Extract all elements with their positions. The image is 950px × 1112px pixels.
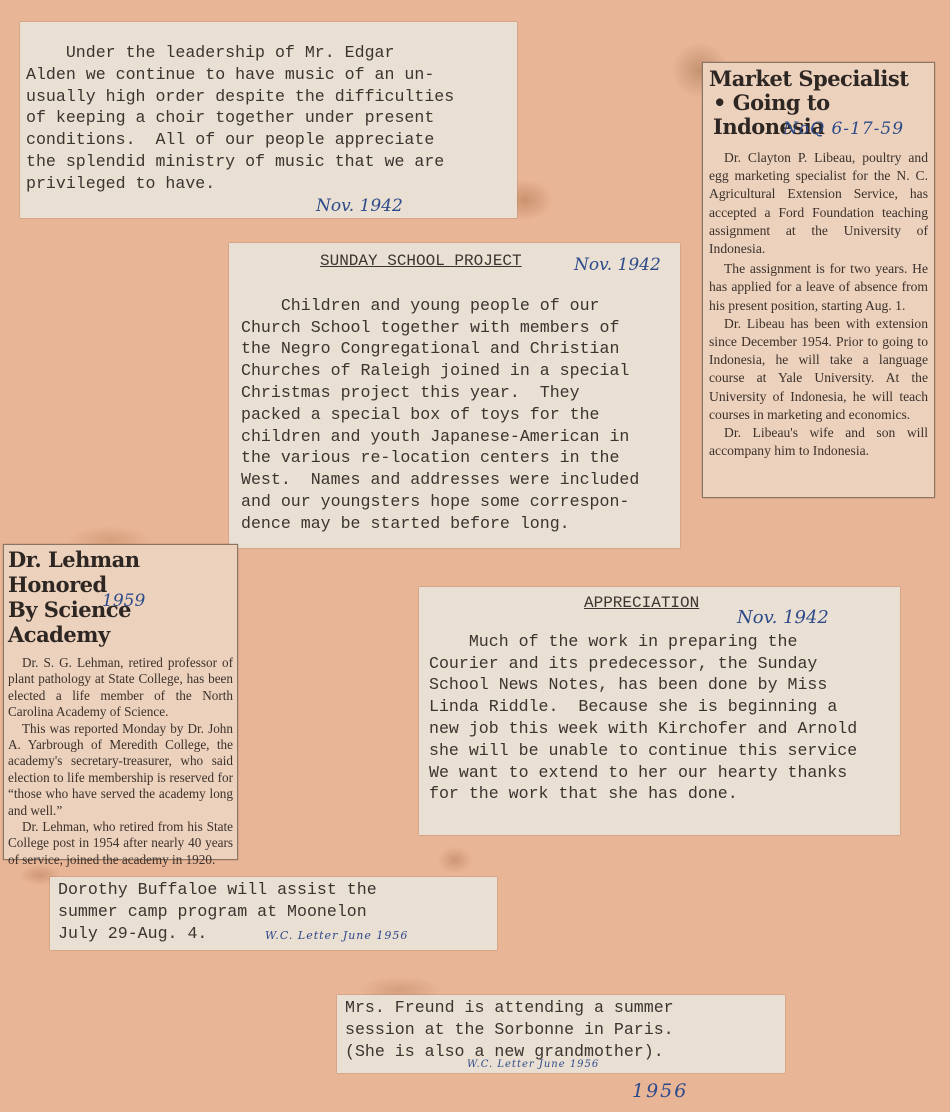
- headline: Market Specialist: [709, 67, 928, 91]
- music-line: privileged to have.: [26, 173, 517, 195]
- article-paragraph: This was reported Monday by Dr. John A. …: [8, 721, 233, 819]
- article-paragraph: The assignment is for two years. He has …: [709, 260, 928, 315]
- freund-line: Mrs. Freund is attending a summer: [345, 997, 785, 1019]
- article-paragraph: Dr. Clayton P. Libeau, poultry and egg m…: [709, 149, 928, 258]
- handwritten-date: Nov. 1942: [316, 196, 403, 216]
- handwritten-date: 1959: [102, 591, 145, 611]
- buffaloe-line: summer camp program at Moonelon: [58, 901, 497, 923]
- appreciation-line: she will be unable to continue this serv…: [429, 740, 900, 762]
- page-year-annotation: 1956: [632, 1080, 688, 1102]
- clipping-buffaloe: Dorothy Buffaloe will assist the summer …: [50, 877, 497, 950]
- sunday-school-line: West. Names and addresses were included: [241, 469, 680, 491]
- sunday-school-line: packed a special box of toys for the: [241, 404, 680, 426]
- music-line: Under the leadership of Mr. Edgar: [26, 42, 517, 64]
- music-line: usually high order despite the difficult…: [26, 86, 517, 108]
- sunday-school-line: children and youth Japanese-American in: [241, 426, 680, 448]
- handwritten-date: NoQ 6-17-59: [783, 119, 904, 139]
- article-paragraph: Dr. Lehman, who retired from his State C…: [8, 819, 233, 868]
- appreciation-line: Linda Riddle. Because she is beginning a: [429, 696, 900, 718]
- sunday-school-line: Churches of Raleigh joined in a special: [241, 360, 680, 382]
- sunday-school-line: Christmas project this year. They: [241, 382, 680, 404]
- handwritten-date: Nov. 1942: [737, 607, 829, 628]
- clipping-music: Under the leadership of Mr. Edgar Alden …: [20, 22, 517, 218]
- sunday-school-line: dence may be started before long.: [241, 513, 680, 535]
- article-paragraph: Dr. S. G. Lehman, retired professor of p…: [8, 655, 233, 721]
- clipping-lehman: Dr. Lehman Honored By Science Academy Dr…: [3, 544, 238, 860]
- sunday-school-line: and our youngsters hope some correspon-: [241, 491, 680, 513]
- clipping-market-specialist: Market Specialist • Going to Indonesia D…: [702, 62, 935, 498]
- sunday-school-line: Church School together with members of: [241, 317, 680, 339]
- article-paragraph: Dr. Libeau has been with extension since…: [709, 315, 928, 424]
- appreciation-line: new job this week with Kirchofer and Arn…: [429, 718, 900, 740]
- appreciation-line: School News Notes, has been done by Miss: [429, 674, 900, 696]
- handwritten-date: Nov. 1942: [574, 255, 661, 275]
- music-line: of keeping a choir together under presen…: [26, 107, 517, 129]
- sunday-school-line: the various re-location centers in the: [241, 447, 680, 469]
- music-line: the splendid ministry of music that we a…: [26, 151, 517, 173]
- handwritten-note: W.C. Letter June 1956: [265, 929, 408, 942]
- clipping-appreciation: APPRECIATION Much of the work in prepari…: [419, 587, 900, 835]
- sunday-school-line: the Negro Congregational and Christian: [241, 338, 680, 360]
- clipping-sunday-school: SUNDAY SCHOOL PROJECT Children and young…: [229, 243, 680, 548]
- music-line: conditions. All of our people appreciate: [26, 129, 517, 151]
- appreciation-line: for the work that she has done.: [429, 783, 900, 805]
- handwritten-note: W.C. Letter June 1956: [467, 1059, 599, 1070]
- headline: Dr. Lehman Honored: [8, 547, 233, 597]
- appreciation-line: Much of the work in preparing the: [429, 631, 900, 653]
- clipping-freund: Mrs. Freund is attending a summer sessio…: [337, 995, 785, 1073]
- article-paragraph: Dr. Libeau's wife and son will accompany…: [709, 424, 928, 460]
- music-line: Alden we continue to have music of an un…: [26, 64, 517, 86]
- buffaloe-line: Dorothy Buffaloe will assist the: [58, 879, 497, 901]
- sunday-school-line: Children and young people of our: [241, 295, 680, 317]
- freund-line: session at the Sorbonne in Paris.: [345, 1019, 785, 1041]
- appreciation-line: Courier and its predecessor, the Sunday: [429, 653, 900, 675]
- appreciation-line: We want to extend to her our hearty than…: [429, 762, 900, 784]
